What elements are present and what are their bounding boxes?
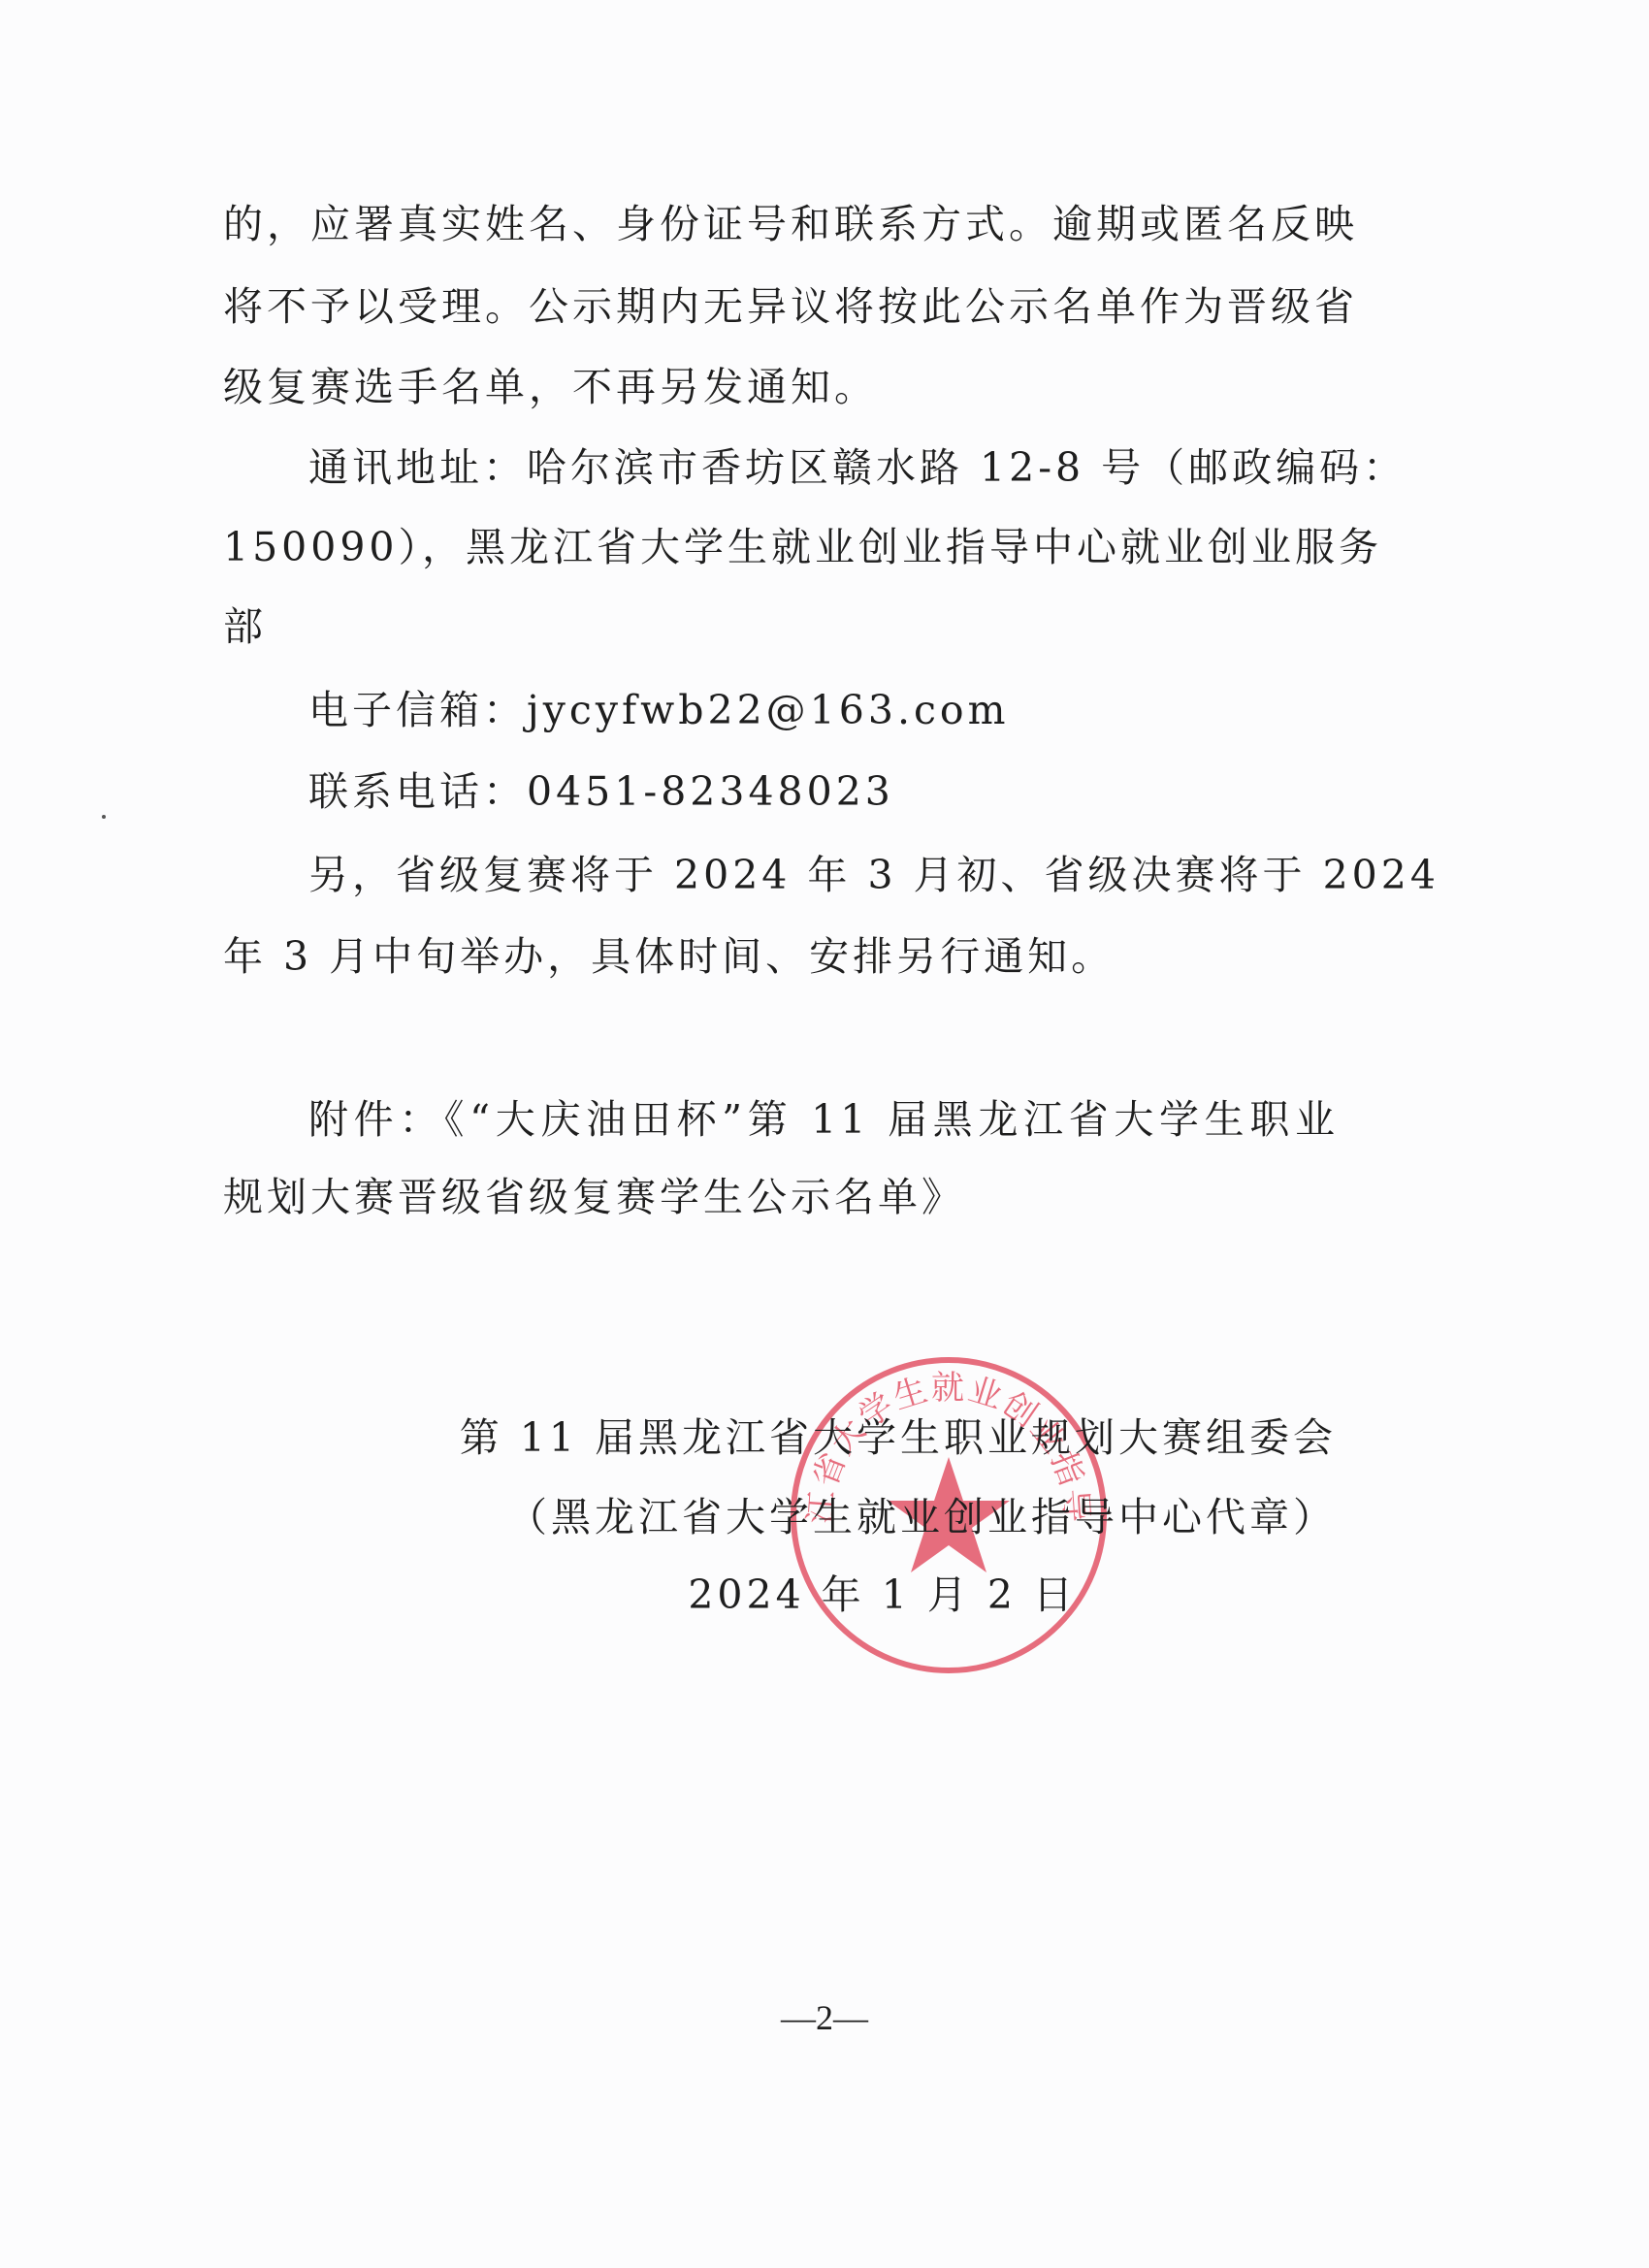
document-page: 的，应署真实姓名、身份证号和联系方式。逾期或匿名反映 将不予以受理。公示期内无异…: [0, 0, 1649, 2268]
phone-line: 联系电话：0451-82348023: [308, 768, 1339, 815]
signature-on-behalf: （黑龙江省大学生就业创业指导中心代章）: [507, 1494, 1337, 1540]
schedule-line-2: 年 3 月中旬举办，具体时间、安排另行通知。: [223, 933, 1339, 980]
address-line-3: 部: [223, 603, 1339, 650]
signature-date: 2024 年 1 月 2 日: [688, 1571, 1077, 1618]
schedule-line-1: 另，省级复赛将于 2024 年 3 月初、省级决赛将于 2024: [308, 852, 1339, 898]
paragraph-1-line-2: 将不予以受理。公示期内无异议将按此公示名单作为晋级省: [223, 283, 1339, 330]
paragraph-1-line-3: 级复赛选手名单，不再另发通知。: [223, 364, 1339, 410]
page-number: —2—: [0, 1996, 1649, 2039]
attachment-line-2: 规划大赛晋级省级复赛学生公示名单》: [223, 1174, 1339, 1220]
address-line-2: 150090），黑龙江省大学生就业创业指导中心就业创业服务: [223, 524, 1339, 570]
attachment-line-1: 附件：《“大庆油田杯”第 11 届黑龙江省大学生职业: [308, 1096, 1339, 1143]
email-line: 电子信箱：jycyfwb22@163.com: [308, 687, 1339, 733]
address-line-1: 通讯地址：哈尔滨市香坊区赣水路 12-8 号（邮政编码：: [308, 444, 1339, 491]
scan-speck: [102, 815, 106, 819]
paragraph-1-line-1: 的，应署真实姓名、身份证号和联系方式。逾期或匿名反映: [223, 201, 1339, 247]
signature-organizer: 第 11 届黑龙江省大学生职业规划大赛组委会: [460, 1414, 1337, 1461]
